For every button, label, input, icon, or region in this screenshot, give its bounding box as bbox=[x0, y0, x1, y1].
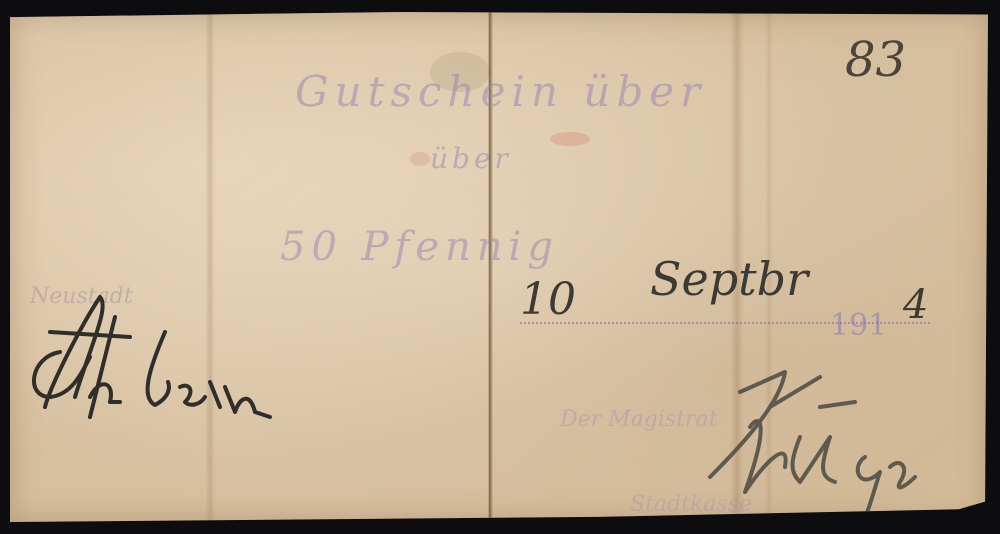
red-stain bbox=[410, 152, 430, 166]
date-dotted-line bbox=[520, 322, 930, 324]
date-day: 10 bbox=[520, 274, 576, 325]
date-month: Septbr bbox=[650, 252, 808, 306]
stamp-value: 50 Pfennig bbox=[280, 224, 559, 270]
serial-number: 83 bbox=[845, 32, 906, 88]
signature-left bbox=[20, 287, 280, 437]
date-year-digit: 4 bbox=[903, 282, 928, 328]
stamp-title: Gutschein über bbox=[295, 67, 706, 116]
fold-crease-left bbox=[205, 12, 215, 522]
banknote-paper: Gutschein über über 50 Pfennig Neustadt … bbox=[10, 12, 988, 522]
red-stain bbox=[550, 132, 590, 146]
signature-right bbox=[690, 367, 930, 517]
stamp-year-prefix: 191 bbox=[830, 308, 887, 343]
stamp-word: über bbox=[430, 142, 512, 175]
